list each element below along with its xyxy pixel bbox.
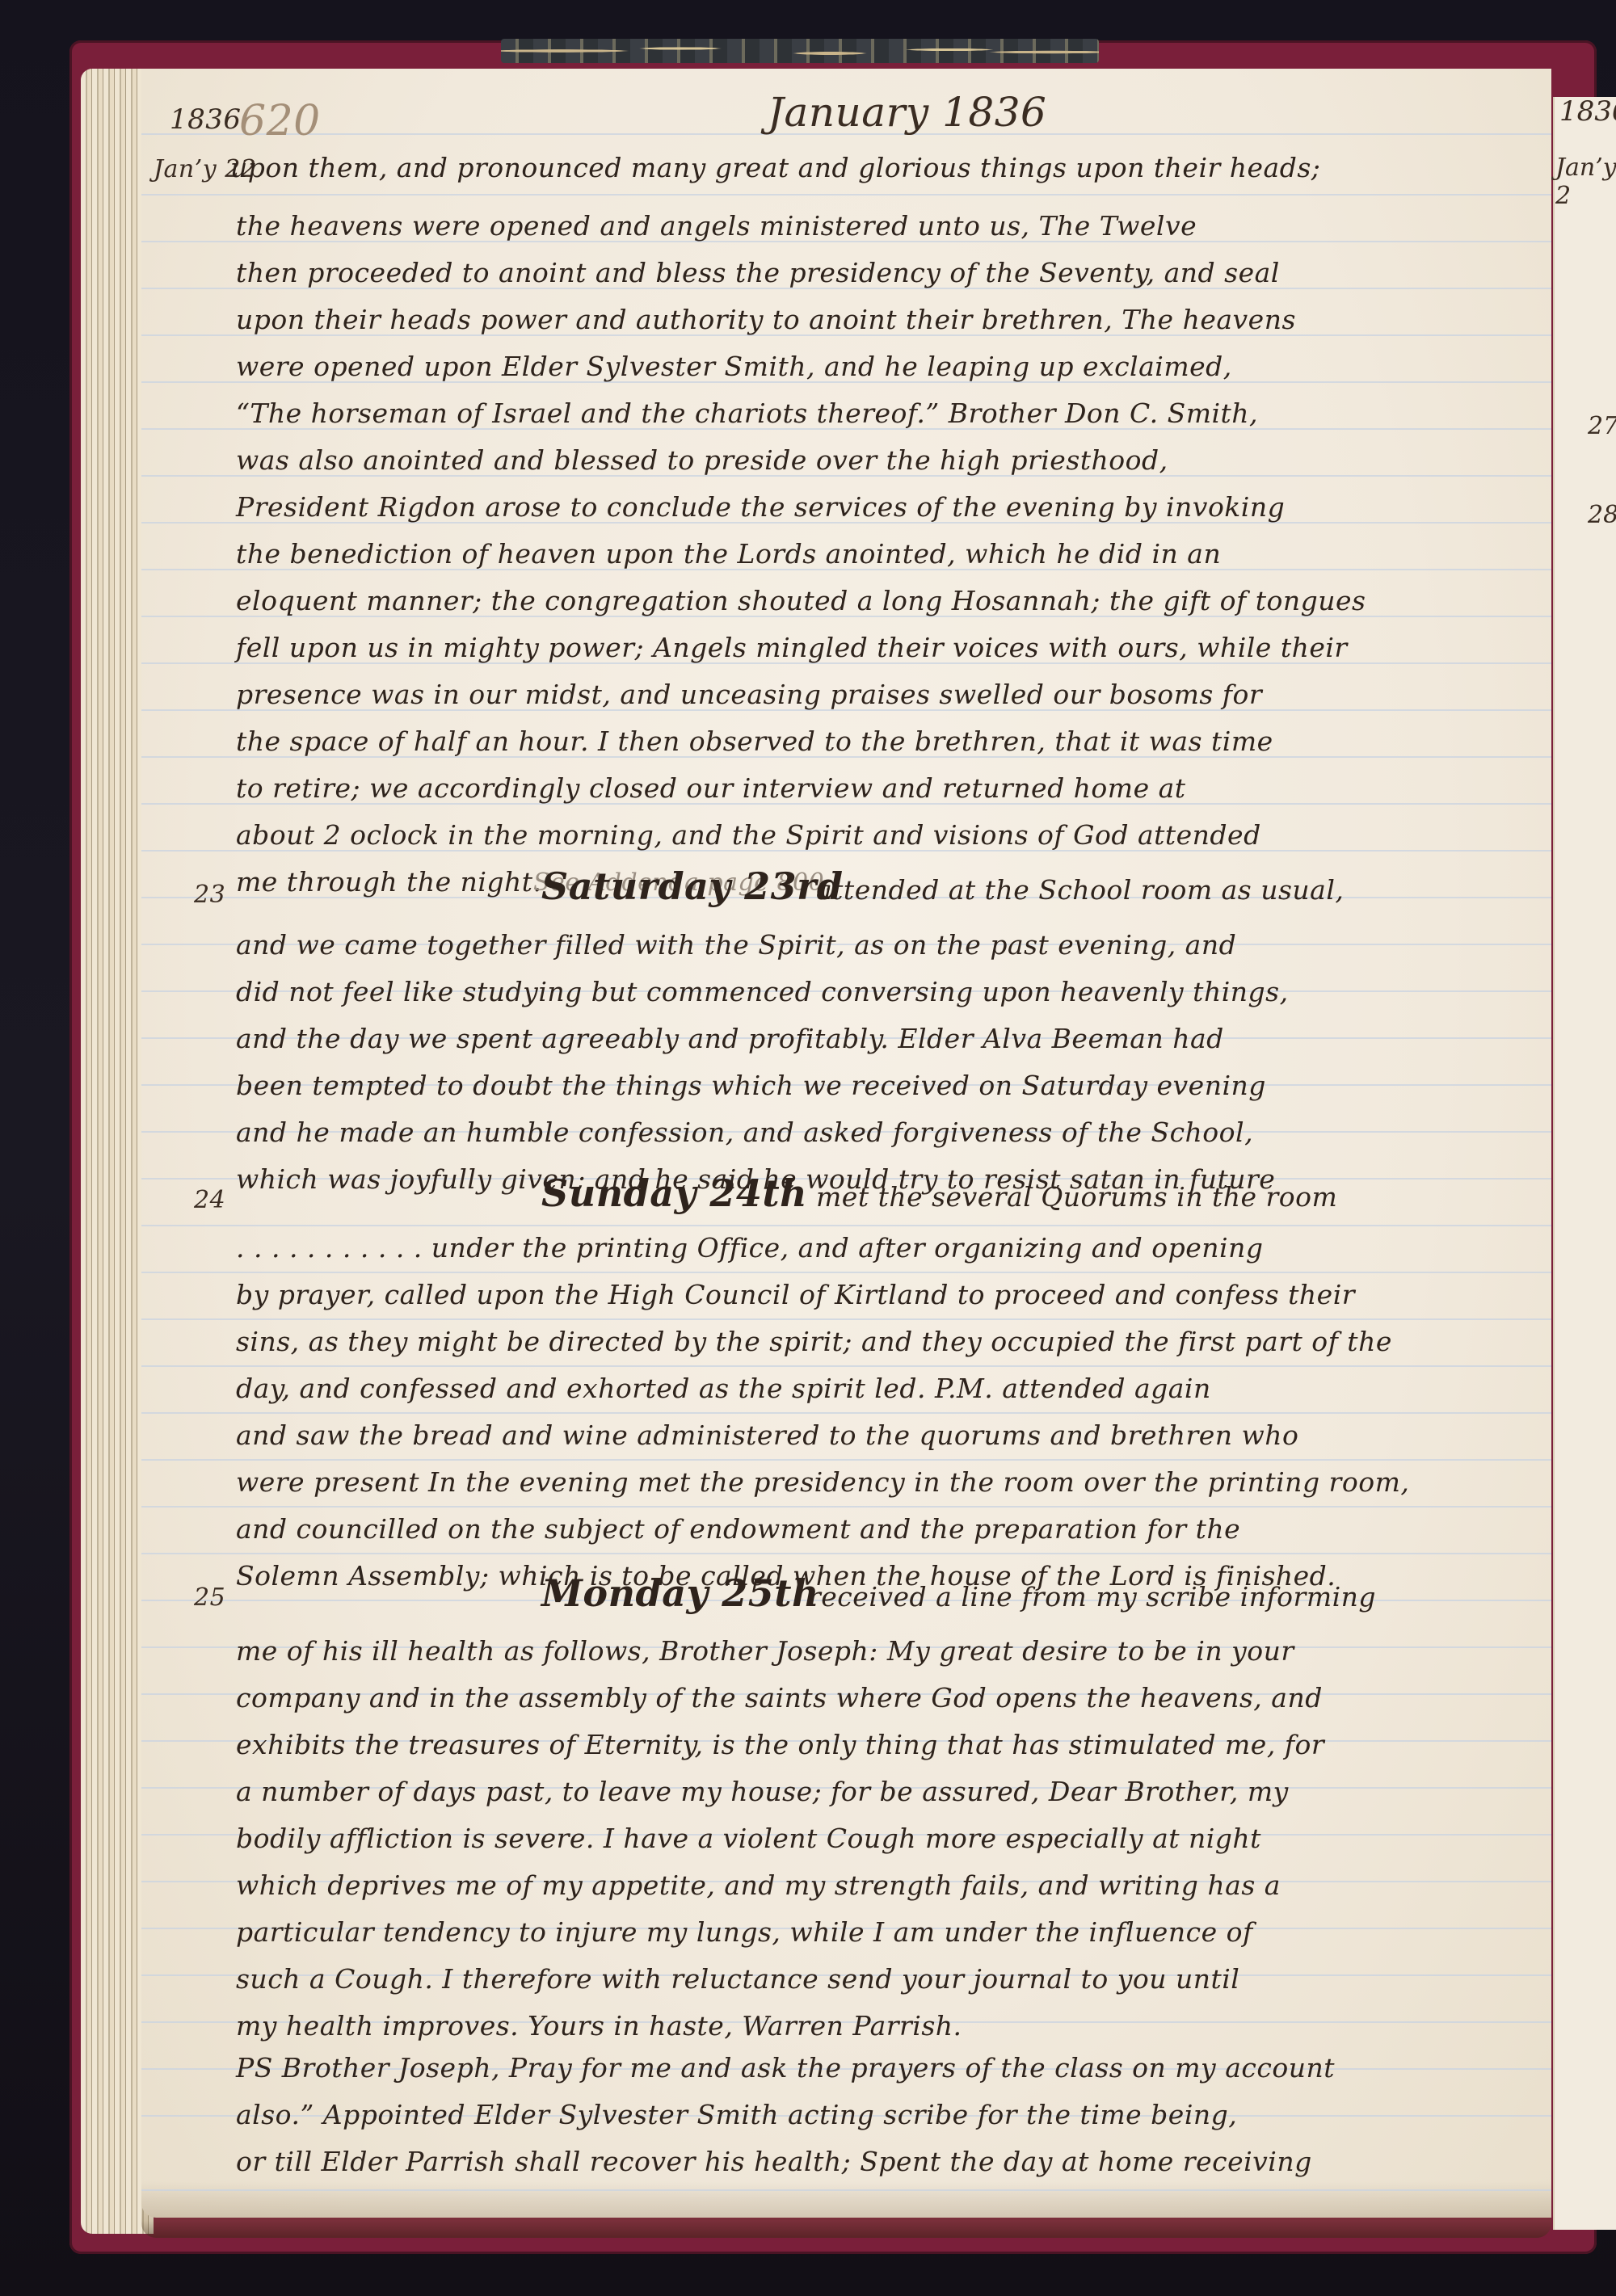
ruled-line bbox=[141, 194, 1551, 196]
text-line: me through the night. bbox=[236, 866, 542, 898]
text-line: which deprives me of my appetite, and my… bbox=[236, 1869, 1281, 1901]
facing-note-28: 28 bbox=[1588, 501, 1616, 529]
text-line: upon them, and pronounced many great and… bbox=[230, 152, 1320, 183]
text-line: the heavens were opened and angels minis… bbox=[236, 210, 1197, 242]
text-line: received a line from my scribe informing bbox=[808, 1581, 1376, 1613]
marbled-edge bbox=[501, 39, 1099, 63]
text-line: a number of days past, to leave my house… bbox=[236, 1776, 1289, 1807]
running-head: January 1836 bbox=[768, 89, 1046, 136]
text-line: were present In the evening met the pres… bbox=[236, 1466, 1409, 1498]
margin-date-23: 23 bbox=[194, 881, 225, 909]
text-line: by prayer, called upon the High Council … bbox=[236, 1279, 1355, 1310]
text-line: my health improves. Yours in haste, Warr… bbox=[236, 2010, 962, 2042]
text-line: sins, as they might be directed by the s… bbox=[236, 1326, 1392, 1357]
ruled-line bbox=[141, 1506, 1551, 1508]
text-line: attended at the School room as usual, bbox=[816, 874, 1344, 906]
ruled-line bbox=[141, 1365, 1551, 1367]
text-line: the space of half an hour. I then observ… bbox=[236, 725, 1273, 757]
text-line: such a Cough. I therefore with reluctanc… bbox=[236, 1963, 1239, 1995]
text-line: and he made an humble confession, and as… bbox=[236, 1116, 1253, 1148]
day-heading-saturday: Saturday 23rd bbox=[541, 864, 844, 908]
text-line: about 2 oclock in the morning, and the S… bbox=[236, 819, 1261, 851]
ruled-line bbox=[141, 1412, 1551, 1414]
ruled-line bbox=[141, 1225, 1551, 1226]
text-line: exhibits the treasures of Eternity, is t… bbox=[236, 1729, 1324, 1760]
text-line: was also anointed and blessed to preside… bbox=[236, 444, 1168, 476]
text-line: and we came together filled with the Spi… bbox=[236, 929, 1236, 961]
text-line: “The horseman of Israel and the chariots… bbox=[236, 397, 1258, 429]
text-line: PS Brother Joseph, Pray for me and ask t… bbox=[236, 2052, 1335, 2084]
day-heading-monday: Monday 25th bbox=[541, 1571, 819, 1615]
facing-date: Jan’y 2 bbox=[1555, 153, 1616, 210]
page-number: 620 bbox=[239, 97, 321, 145]
ruled-line bbox=[141, 1318, 1551, 1320]
text-line: fell upon us in mighty power; Angels min… bbox=[236, 632, 1348, 663]
ruled-line bbox=[141, 1553, 1551, 1554]
text-line: or till Elder Parrish shall recover his … bbox=[236, 2146, 1312, 2177]
text-line: met the several Quorums in the room bbox=[816, 1181, 1337, 1213]
text-line: then proceeded to anoint and bless the p… bbox=[236, 257, 1280, 288]
text-line: were opened upon Elder Sylvester Smith, … bbox=[236, 351, 1232, 382]
text-line: and councilled on the subject of endowme… bbox=[236, 1513, 1240, 1545]
year-left: 1836 bbox=[170, 103, 242, 136]
text-line: bodily affliction is severe. I have a vi… bbox=[236, 1823, 1261, 1854]
text-line: me of his ill health as follows, Brother… bbox=[236, 1635, 1294, 1667]
facing-year: 1836 bbox=[1559, 95, 1616, 128]
text-line: company and in the assembly of the saint… bbox=[236, 1682, 1323, 1714]
text-line: and saw the bread and wine administered … bbox=[236, 1419, 1298, 1451]
text-line: particular tendency to injure my lungs, … bbox=[236, 1916, 1253, 1948]
facing-note-27: 27 bbox=[1588, 412, 1616, 440]
text-line: the benediction of heaven upon the Lords… bbox=[236, 538, 1221, 570]
text-line: day, and confessed and exhorted as the s… bbox=[236, 1373, 1211, 1404]
text-line: . . . . . . . . . . . under the printing… bbox=[236, 1232, 1263, 1264]
text-line: eloquent manner; the congregation shoute… bbox=[236, 585, 1366, 616]
text-line: did not feel like studying but commenced… bbox=[236, 976, 1289, 1007]
ruled-line bbox=[141, 2189, 1551, 2191]
margin-date-24: 24 bbox=[194, 1186, 225, 1214]
text-line: also.” Appointed Elder Sylvester Smith a… bbox=[236, 2099, 1237, 2130]
ruled-line bbox=[141, 1459, 1551, 1461]
margin-date-25: 25 bbox=[194, 1583, 225, 1612]
text-line: been tempted to doubt the things which w… bbox=[236, 1070, 1266, 1101]
text-line: upon their heads power and authority to … bbox=[236, 304, 1296, 335]
ruled-line bbox=[141, 1272, 1551, 1273]
text-line: and the day we spent agreeably and profi… bbox=[236, 1023, 1224, 1054]
text-line: presence was in our midst, and unceasing… bbox=[236, 679, 1262, 710]
day-heading-sunday: Sunday 24th bbox=[541, 1171, 807, 1215]
text-line: to retire; we accordingly closed our int… bbox=[236, 772, 1186, 804]
text-line: President Rigdon arose to conclude the s… bbox=[236, 491, 1285, 523]
